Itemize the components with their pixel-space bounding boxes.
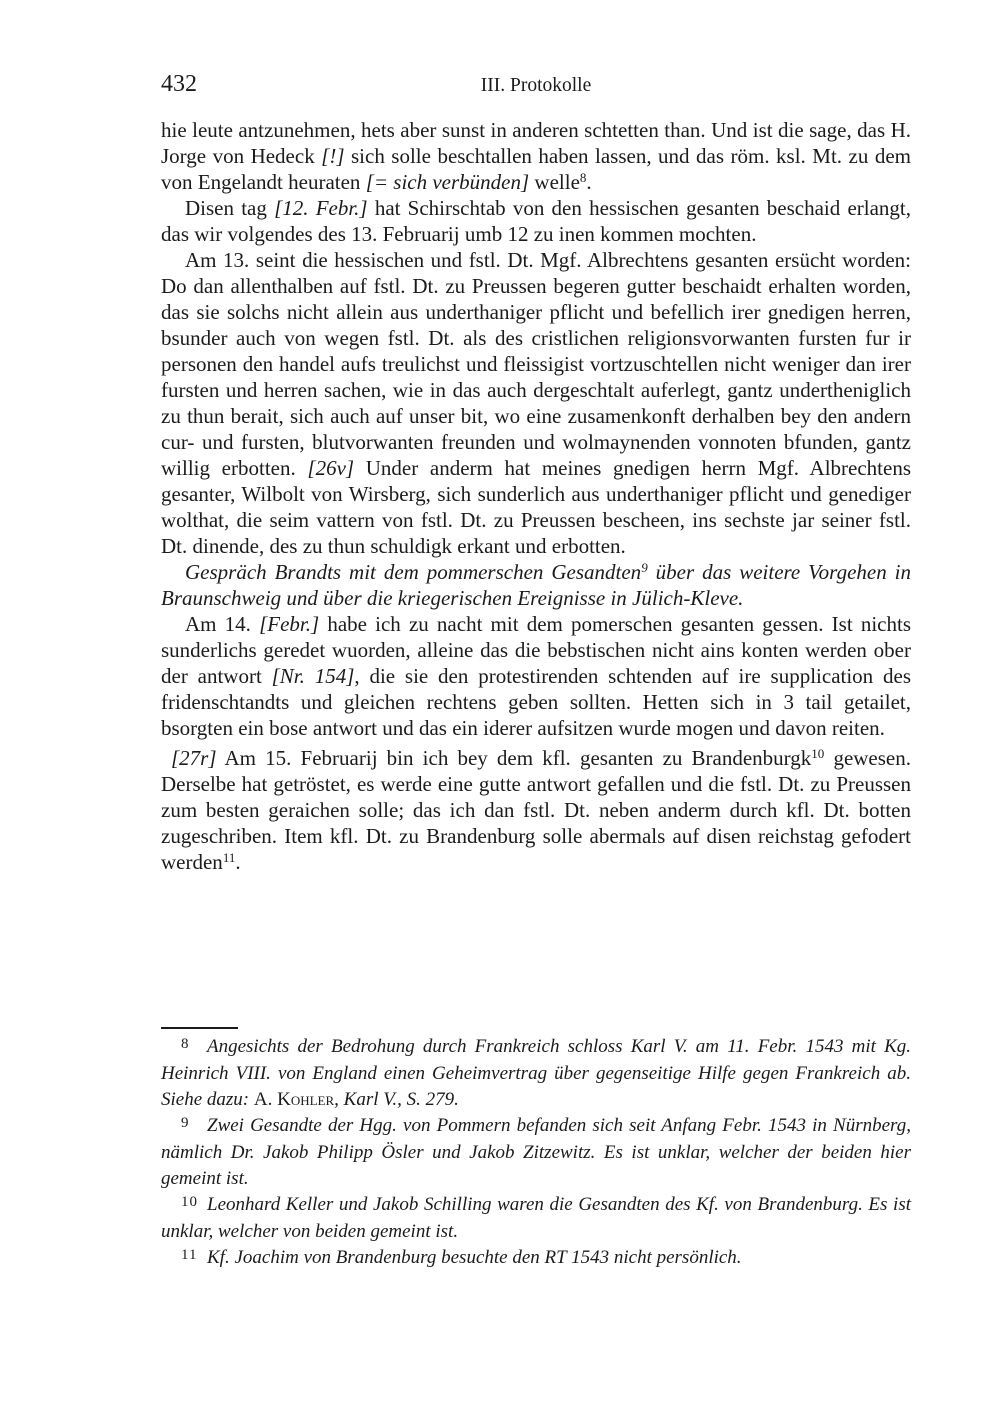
text-run: .: [235, 850, 240, 874]
footnote: 10Leonhard Keller und Jakob Schilling wa…: [161, 1192, 911, 1245]
body-paragraph: Am 13. seint die hessischen und fstl. Dt…: [161, 247, 911, 559]
document-page: 432 III. Protokolle hie leute antzunehme…: [0, 0, 1004, 1418]
body-paragraph: [27r] Am 15. Februarij bin ich bey dem k…: [161, 745, 911, 875]
body-paragraph: Am 14. [Febr.] habe ich zu nacht mit dem…: [161, 611, 911, 741]
text-run: Am 14.: [185, 612, 259, 636]
footnote: 9Zwei Gesandte der Hgg. von Pommern befa…: [161, 1113, 911, 1192]
footnote: 11Kf. Joachim von Brandenburg besuchte d…: [161, 1245, 911, 1272]
text-run: , Karl V., S. 279.: [334, 1089, 459, 1110]
text-run: Leonhard Keller und Jakob Schilling ware…: [161, 1194, 911, 1242]
body-text: hie leute antzunehmen, hets aber sunst i…: [161, 117, 911, 875]
text-run: .: [586, 170, 591, 194]
text-run: Am 13. seint die hessischen und fstl. Dt…: [161, 248, 911, 480]
page-number: 432: [161, 70, 197, 98]
footnote-reference: 10: [811, 746, 824, 761]
footnote-reference: 11: [223, 850, 236, 865]
text-run: Kf. Joachim von Brandenburg besuchte den…: [207, 1247, 742, 1268]
footnote: 8Angesichts der Bedrohung durch Frankrei…: [161, 1034, 911, 1113]
page-header: 432 III. Protokolle: [161, 70, 911, 100]
footnote-reference: 9: [641, 560, 648, 575]
text-run: [27r]: [171, 746, 217, 770]
text-run: [12. Febr.]: [274, 196, 368, 220]
text-run: [!]: [321, 144, 344, 168]
body-paragraph: hie leute antzunehmen, hets aber sunst i…: [161, 117, 911, 195]
text-run: A.: [254, 1089, 277, 1110]
text-run: [26v]: [307, 456, 354, 480]
text-run: [= sich verbünden]: [366, 170, 529, 194]
footnote-separator: [161, 1027, 238, 1029]
text-run: Zwei Gesandte der Hgg. von Pommern befan…: [161, 1115, 911, 1189]
footnotes: 8Angesichts der Bedrohung durch Frankrei…: [161, 1034, 911, 1272]
footnote-number: 9: [171, 1110, 207, 1136]
text-run: Gespräch Brandts mit dem pommerschen Ges…: [185, 560, 641, 584]
footnote-number: 10: [171, 1189, 207, 1215]
footnote-number: 11: [171, 1242, 207, 1268]
footnote-number: 8: [171, 1031, 207, 1057]
text-run: Kohler: [277, 1089, 334, 1110]
body-paragraph: Disen tag [12. Febr.] hat Schirschtab vo…: [161, 195, 911, 247]
text-run: welle: [529, 170, 580, 194]
text-run: Disen tag: [185, 196, 274, 220]
text-run: [Febr.]: [259, 612, 319, 636]
text-run: [Nr. 154]: [272, 664, 355, 688]
body-paragraph: Gespräch Brandts mit dem pommerschen Ges…: [161, 559, 911, 611]
running-head: III. Protokolle: [161, 70, 911, 100]
footnote-reference: 8: [580, 170, 587, 185]
text-run: Am 15. Februarij bin ich bey dem kfl. ge…: [217, 746, 812, 770]
